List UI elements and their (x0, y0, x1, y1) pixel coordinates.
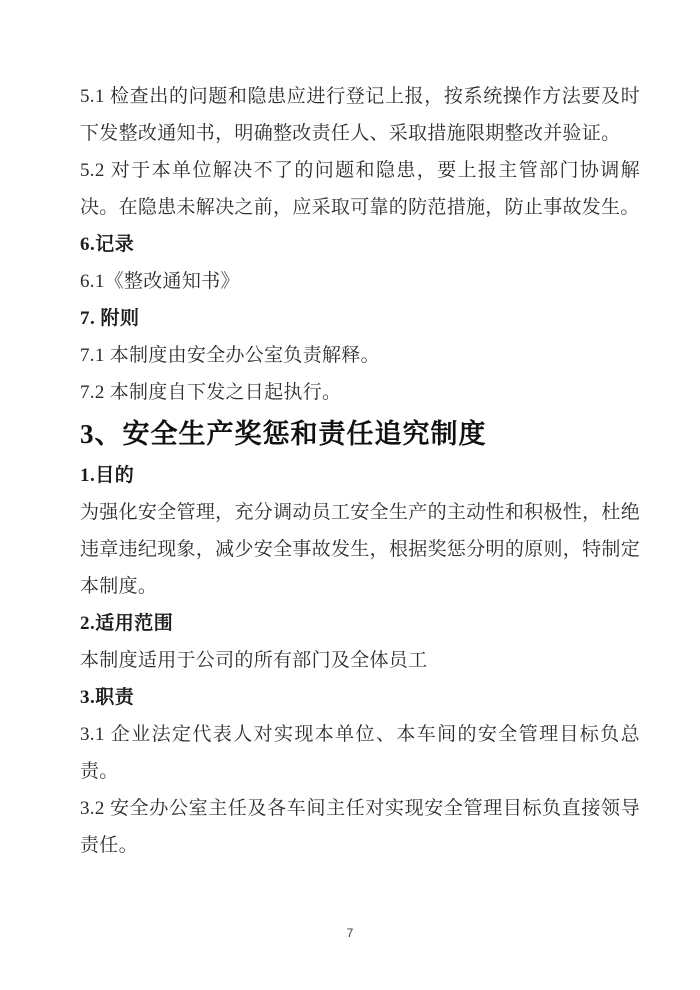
clause-5-2: 5.2 对于本单位解决不了的问题和隐患，要上报主管部门协调解决。在隐患未解决之前… (80, 152, 640, 226)
clause-6-1: 6.1《整改通知书》 (80, 263, 640, 300)
clause-7-2: 7.2 本制度自下发之日起执行。 (80, 374, 640, 411)
section-2-scope-heading: 2.适用范围 (80, 605, 640, 642)
clause-3-1: 3.1 企业法定代表人对实现本单位、本车间的安全管理目标负总责。 (80, 716, 640, 790)
section-1-purpose-heading: 1.目的 (80, 457, 640, 494)
page-number: 7 (0, 926, 700, 940)
clause-3-2: 3.2 安全办公室主任及各车间主任对实现安全管理目标负直接领导责任。 (80, 790, 640, 864)
chapter-3-title: 3、安全生产奖惩和责任追究制度 (80, 411, 640, 457)
section-3-duties-heading: 3.职责 (80, 679, 640, 716)
document-page: 5.1 检查出的问题和隐患应进行登记上报，按系统操作方法要及时下发整改通知书，明… (0, 0, 700, 990)
purpose-paragraph: 为强化安全管理，充分调动员工安全生产的主动性和积极性，杜绝违章违纪现象，减少安全… (80, 494, 640, 605)
scope-paragraph: 本制度适用于公司的所有部门及全体员工 (80, 642, 640, 679)
section-6-records-heading: 6.记录 (80, 226, 640, 263)
clause-7-1: 7.1 本制度由安全办公室负责解释。 (80, 337, 640, 374)
section-7-supplementary-heading: 7. 附则 (80, 300, 640, 337)
clause-5-1: 5.1 检查出的问题和隐患应进行登记上报，按系统操作方法要及时下发整改通知书，明… (80, 78, 640, 152)
